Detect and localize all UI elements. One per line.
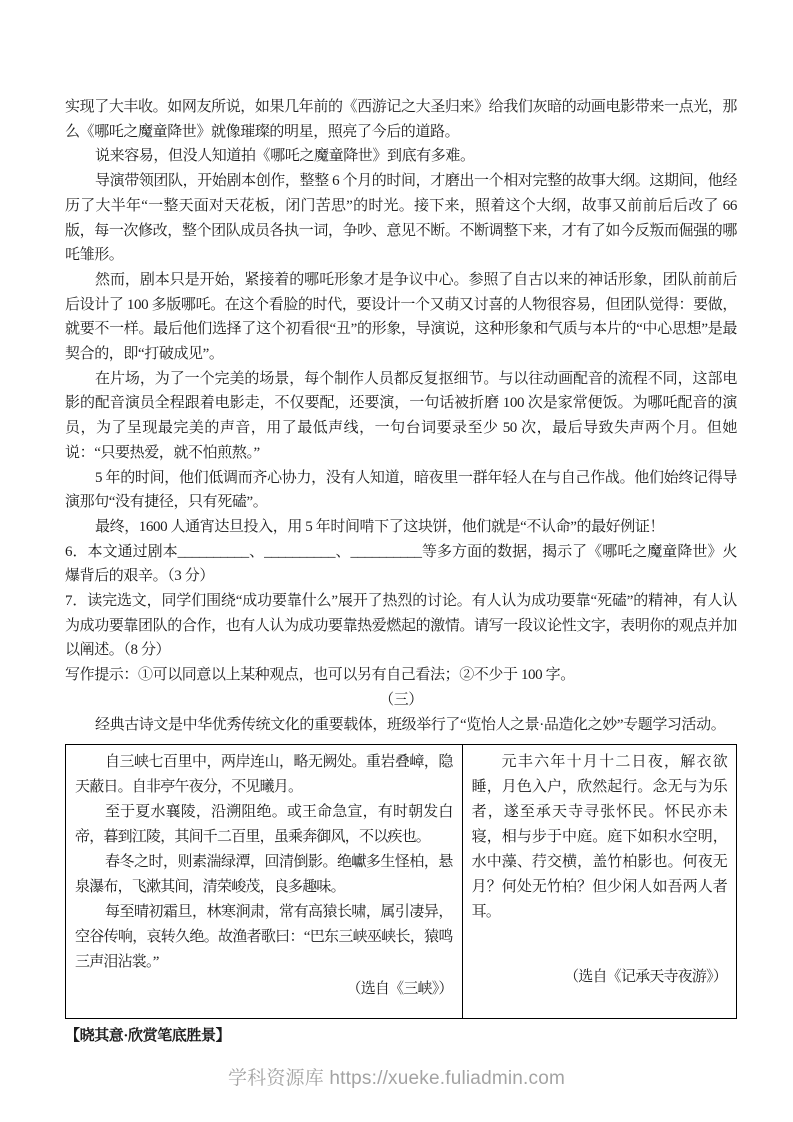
writing-hint: 写作提示：①可以同意以上某种观点，也可以另有自己看法；②不少于 100 字。: [65, 663, 737, 688]
body-paragraph: 说来容易，但没人知道拍《哪吒之魔童降世》到底有多难。: [65, 144, 737, 169]
section-three-intro: 经典古诗文是中华优秀传统文化的重要载体，班级举行了“览怡人之景·品造化之妙”专题…: [65, 713, 737, 738]
sanxia-text-cell: 自三峡七百里中，两岸连山，略无阙处。重岩叠嶂，隐天蔽日。自非亭午夜分，不见曦月。…: [66, 745, 463, 1018]
classical-texts-table: 自三峡七百里中，两岸连山，略无阙处。重岩叠嶂，隐天蔽日。自非亭午夜分，不见曦月。…: [65, 744, 737, 1019]
question-6-fill-in-blank: 6．本文通过剧本__________、__________、__________…: [65, 540, 737, 589]
body-paragraph: 在片场，为了一个完美的场景，每个制作人员都反复抠细节。与以往动画配音的流程不同，…: [65, 367, 737, 466]
body-paragraph: 导演带领团队，开始剧本创作，整整 6 个月的时间，才磨出一个相对完整的故事大纲。…: [65, 169, 737, 268]
chengtiansi-text-cell: 元丰六年十月十二日夜，解衣欲睡，月色入户，欣然起行。念无与为乐者，遂至承天寺寻张…: [463, 745, 736, 1018]
sanxia-paragraph: 自三峡七百里中，两岸连山，略无阙处。重岩叠嶂，隐天蔽日。自非亭午夜分，不见曦月。: [75, 750, 453, 800]
sanxia-paragraph: 至于夏水襄陵，沿溯阻绝。或王命急宣，有时朝发白帝，暮到江陵，其间千二百里，虽乘奔…: [75, 800, 453, 850]
sanxia-paragraph: 春冬之时，则素湍绿潭，回清倒影。绝巘多生怪柏，悬泉瀑布，飞漱其间，清荣峻茂，良多…: [75, 850, 453, 900]
appreciation-section-heading: 【晓其意·欣赏笔底胜景】: [65, 1024, 737, 1049]
exam-document-page: 实现了大丰收。如网友所说，如果几年前的《西游记之大圣归来》给我们灰暗的动画电影带…: [0, 0, 793, 1122]
section-three-label: （三）: [65, 688, 737, 713]
body-paragraph: 然而，剧本只是开始，紧接着的哪吒形象才是争议中心。参照了自古以来的神话形象，团队…: [65, 268, 737, 367]
chengtiansi-paragraph: 元丰六年十月十二日夜，解衣欲睡，月色入户，欣然起行。念无与为乐者，遂至承天寺寻张…: [472, 750, 727, 925]
body-paragraph: 最终，1600 人通宵达旦投入，用 5 年时间啃下了这块饼，他们就是“不认命”的…: [65, 515, 737, 540]
body-paragraph: 5 年的时间，他们低调而齐心协力，没有人知道，暗夜里一群年轻人在与自己作战。他们…: [65, 466, 737, 515]
chengtiansi-citation: （选自《记承天寺夜游》）: [472, 965, 727, 990]
watermark-footer: 学科资源库 https://xueke.fuliadmin.com: [0, 1063, 793, 1090]
sanxia-citation: （选自《三峡》）: [75, 977, 453, 1002]
document-body: 实现了大丰收。如网友所说，如果几年前的《西游记之大圣归来》给我们灰暗的动画电影带…: [65, 0, 737, 1049]
question-7-writing-prompt: 7．读完选文，同学们围绕“成功要靠什么”展开了热烈的讨论。有人认为成功要靠“死磕…: [65, 589, 737, 663]
body-paragraph-continuation: 实现了大丰收。如网友所说，如果几年前的《西游记之大圣归来》给我们灰暗的动画电影带…: [65, 95, 737, 144]
sanxia-paragraph: 每至晴初霜旦，林寒涧肃，常有高猿长啸，属引凄异，空谷传响，哀转久绝。故渔者歌曰：…: [75, 900, 453, 975]
